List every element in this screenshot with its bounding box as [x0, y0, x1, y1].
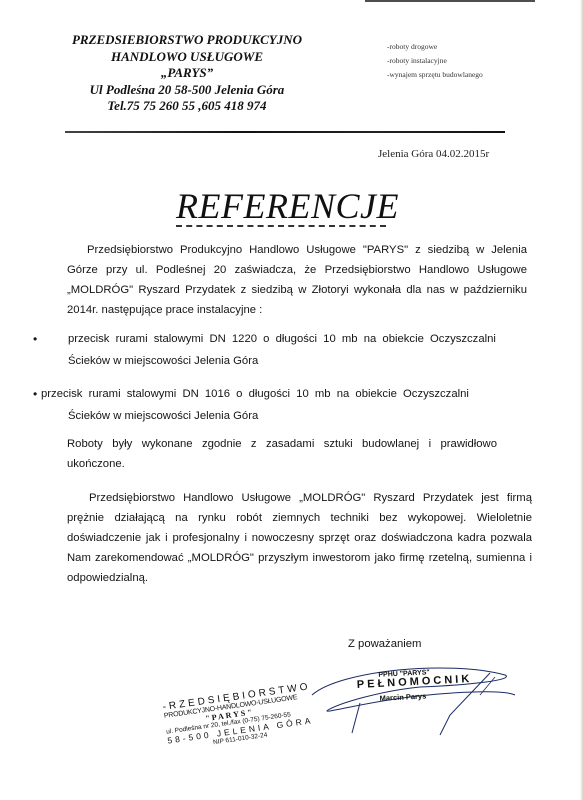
closing-salutation: Z poważaniem — [348, 638, 421, 650]
company-name-line: HANDLOWO USŁUGOWE — [52, 49, 322, 66]
bullet-icon: • — [33, 384, 37, 404]
document-page: PRZEDSIEBIORSTWO PRODUKCYJNO HANDLOWO US… — [0, 0, 583, 800]
document-title: REFERENCJE — [176, 188, 399, 224]
intro-paragraph: Przedsiębiorstwo Produkcyjno Handlowo Us… — [67, 240, 527, 320]
service-item: -roboty drogowe — [387, 40, 483, 54]
work-item-line: Ścieków w miejscowości Jelenia Góra — [68, 351, 258, 371]
letterhead-company: PRZEDSIEBIORSTWO PRODUKCYJNO HANDLOWO US… — [52, 32, 322, 115]
company-phone: Tel.75 75 260 55 ,605 418 974 — [52, 98, 322, 115]
company-brand: „PARYS” — [52, 65, 322, 82]
services-list: -roboty drogowe -roboty instalacyjne -wy… — [387, 40, 483, 82]
company-name-line: PRZEDSIEBIORSTWO PRODUKCYJNO — [52, 32, 322, 49]
intro-text: Przedsiębiorstwo Produkcyjno Handlowo Us… — [67, 244, 527, 316]
work-item-line: Ścieków w miejscowości Jelenia Góra — [68, 406, 258, 426]
company-address: Ul Podleśna 20 58-500 Jelenia Góra — [52, 82, 322, 99]
recommendation-text: Przedsiębiorstwo Handlowo Usługowe „MOLD… — [67, 492, 532, 584]
signatory-stamp: PPHU "PARYS" PEŁNOMOCNIK Marcin Parys — [356, 667, 473, 704]
company-stamp: -RZEDSIĘBIORSTWO PRODUKCYJNO-HANDLOWO-US… — [162, 678, 340, 771]
bullet-icon: • — [33, 329, 37, 349]
letterhead-divider — [65, 131, 505, 133]
quality-paragraph: Roboty były wykonane zgodnie z zasadami … — [67, 434, 497, 474]
service-item: -roboty instalacyjne — [387, 54, 483, 68]
work-item-line: przecisk rurami stalowymi DN 1016 o dług… — [41, 384, 469, 404]
title-underline — [176, 225, 386, 227]
service-item: -wynajem sprzętu budowlanego — [387, 68, 483, 82]
scan-artifact — [365, 0, 535, 2]
document-date: Jelenia Góra 04.02.2015r — [378, 148, 489, 160]
work-item-line: przecisk rurami stalowymi DN 1220 o dług… — [68, 329, 496, 349]
recommendation-paragraph: Przedsiębiorstwo Handlowo Usługowe „MOLD… — [67, 488, 532, 588]
